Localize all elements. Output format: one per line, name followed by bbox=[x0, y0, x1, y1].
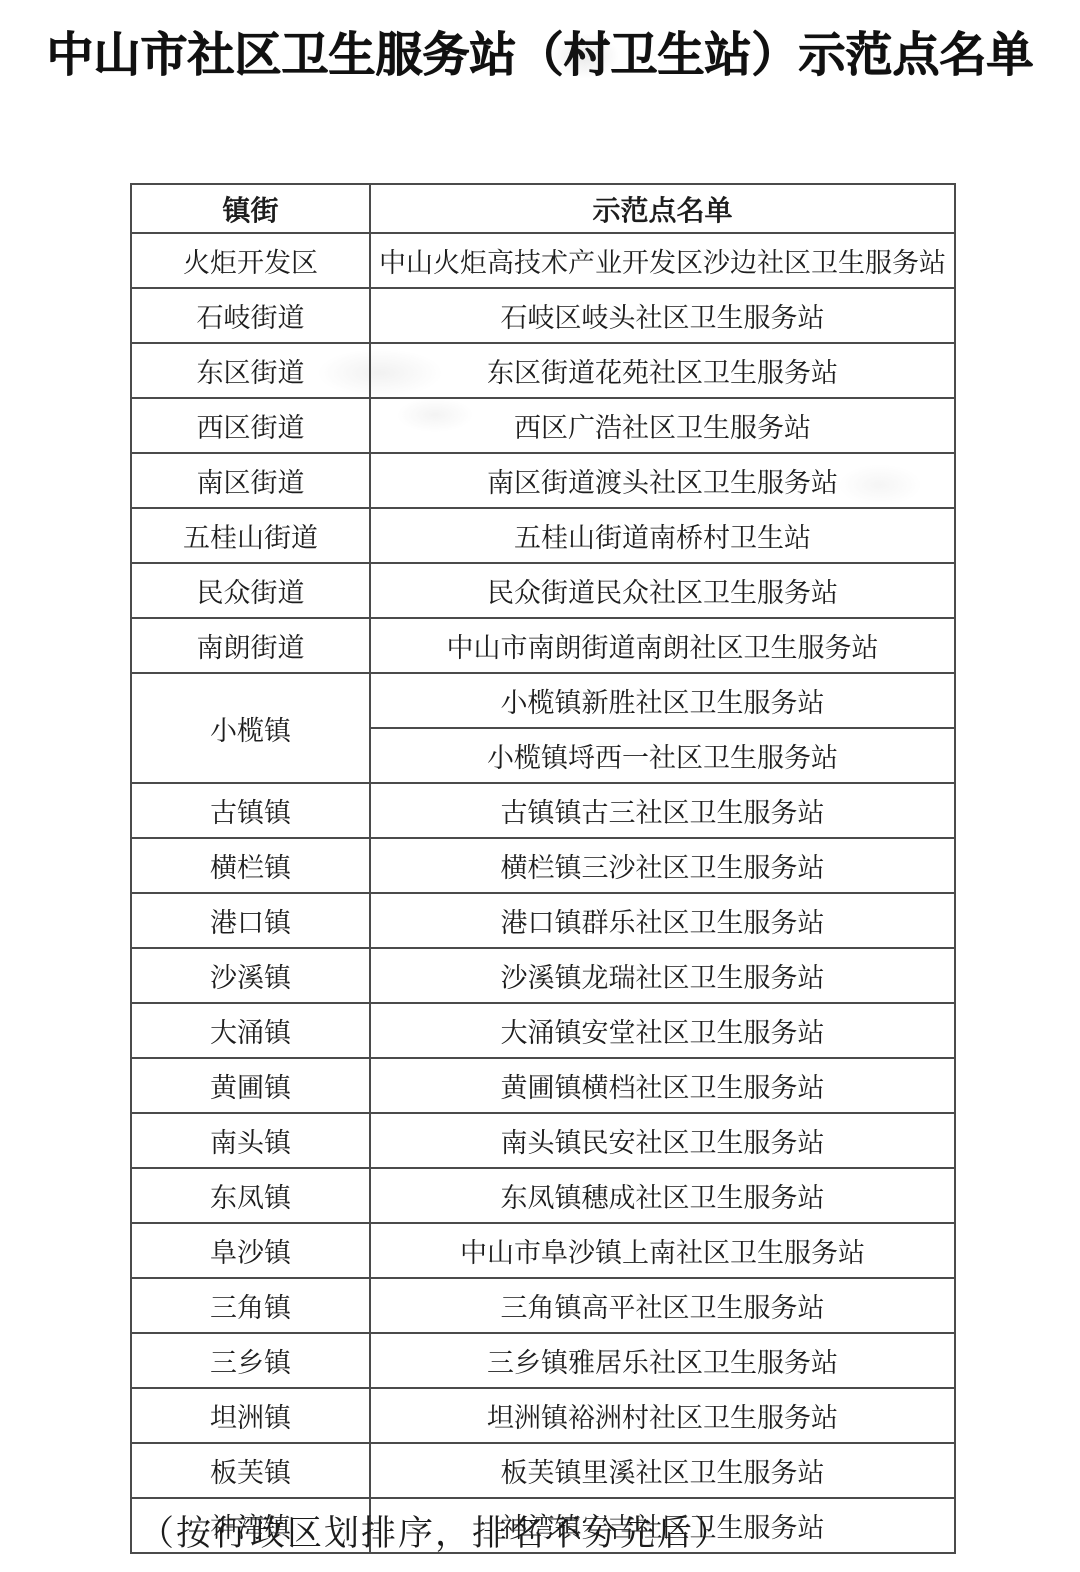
town-cell: 南头镇 bbox=[131, 1113, 370, 1168]
table-row: 阜沙镇中山市阜沙镇上南社区卫生服务站 bbox=[131, 1223, 955, 1278]
table-row: 黄圃镇黄圃镇横档社区卫生服务站 bbox=[131, 1058, 955, 1113]
town-cell: 沙溪镇 bbox=[131, 948, 370, 1003]
station-cell: 中山火炬高技术产业开发区沙边社区卫生服务站 bbox=[370, 233, 955, 288]
table-row: 南头镇南头镇民安社区卫生服务站 bbox=[131, 1113, 955, 1168]
town-cell: 板芙镇 bbox=[131, 1443, 370, 1498]
town-cell: 火炬开发区 bbox=[131, 233, 370, 288]
town-cell: 石岐街道 bbox=[131, 288, 370, 343]
station-cell: 小榄镇埒西一社区卫生服务站 bbox=[370, 728, 955, 783]
station-cell: 中山市阜沙镇上南社区卫生服务站 bbox=[370, 1223, 955, 1278]
table-row: 东区街道东区街道花苑社区卫生服务站 bbox=[131, 343, 955, 398]
station-cell: 沙溪镇龙瑞社区卫生服务站 bbox=[370, 948, 955, 1003]
station-cell: 三角镇高平社区卫生服务站 bbox=[370, 1278, 955, 1333]
station-cell: 南区街道渡头社区卫生服务站 bbox=[370, 453, 955, 508]
station-cell: 民众街道民众社区卫生服务站 bbox=[370, 563, 955, 618]
station-cell: 小榄镇新胜社区卫生服务站 bbox=[370, 673, 955, 728]
table-row: 大涌镇大涌镇安堂社区卫生服务站 bbox=[131, 1003, 955, 1058]
table-row: 板芙镇板芙镇里溪社区卫生服务站 bbox=[131, 1443, 955, 1498]
table-container: 镇街 示范点名单 火炬开发区中山火炬高技术产业开发区沙边社区卫生服务站石岐街道石… bbox=[130, 183, 954, 1554]
table-row: 民众街道民众街道民众社区卫生服务站 bbox=[131, 563, 955, 618]
town-cell: 阜沙镇 bbox=[131, 1223, 370, 1278]
town-cell: 坦洲镇 bbox=[131, 1388, 370, 1443]
station-cell: 中山市南朗街道南朗社区卫生服务站 bbox=[370, 618, 955, 673]
station-cell: 南头镇民安社区卫生服务站 bbox=[370, 1113, 955, 1168]
station-cell: 大涌镇安堂社区卫生服务站 bbox=[370, 1003, 955, 1058]
town-cell: 东区街道 bbox=[131, 343, 370, 398]
header-row: 镇街 示范点名单 bbox=[131, 184, 955, 233]
station-cell: 板芙镇里溪社区卫生服务站 bbox=[370, 1443, 955, 1498]
station-cell: 石岐区岐头社区卫生服务站 bbox=[370, 288, 955, 343]
table-row: 南朗街道中山市南朗街道南朗社区卫生服务站 bbox=[131, 618, 955, 673]
station-cell: 古镇镇古三社区卫生服务站 bbox=[370, 783, 955, 838]
station-cell: 横栏镇三沙社区卫生服务站 bbox=[370, 838, 955, 893]
table-row: 三乡镇三乡镇雅居乐社区卫生服务站 bbox=[131, 1333, 955, 1388]
town-cell: 港口镇 bbox=[131, 893, 370, 948]
table-row: 古镇镇古镇镇古三社区卫生服务站 bbox=[131, 783, 955, 838]
footnote: （按行政区划排序，排名不分先后） bbox=[139, 1506, 731, 1556]
town-cell: 横栏镇 bbox=[131, 838, 370, 893]
town-cell: 南区街道 bbox=[131, 453, 370, 508]
table-row: 火炬开发区中山火炬高技术产业开发区沙边社区卫生服务站 bbox=[131, 233, 955, 288]
table-row: 沙溪镇沙溪镇龙瑞社区卫生服务站 bbox=[131, 948, 955, 1003]
station-cell: 五桂山街道南桥村卫生站 bbox=[370, 508, 955, 563]
demo-points-table: 镇街 示范点名单 火炬开发区中山火炬高技术产业开发区沙边社区卫生服务站石岐街道石… bbox=[130, 183, 956, 1554]
column-header-town: 镇街 bbox=[131, 184, 370, 233]
town-cell: 大涌镇 bbox=[131, 1003, 370, 1058]
table-row: 五桂山街道五桂山街道南桥村卫生站 bbox=[131, 508, 955, 563]
station-cell: 东区街道花苑社区卫生服务站 bbox=[370, 343, 955, 398]
town-cell: 三乡镇 bbox=[131, 1333, 370, 1388]
town-cell: 南朗街道 bbox=[131, 618, 370, 673]
column-header-stations: 示范点名单 bbox=[370, 184, 955, 233]
town-cell: 小榄镇 bbox=[131, 673, 370, 783]
town-cell: 三角镇 bbox=[131, 1278, 370, 1333]
table-row: 西区街道西区广浩社区卫生服务站 bbox=[131, 398, 955, 453]
table-header: 镇街 示范点名单 bbox=[131, 184, 955, 233]
station-cell: 港口镇群乐社区卫生服务站 bbox=[370, 893, 955, 948]
station-cell: 东凤镇穗成社区卫生服务站 bbox=[370, 1168, 955, 1223]
table-row: 石岐街道石岐区岐头社区卫生服务站 bbox=[131, 288, 955, 343]
table-row: 小榄镇小榄镇新胜社区卫生服务站 bbox=[131, 673, 955, 728]
town-cell: 西区街道 bbox=[131, 398, 370, 453]
town-cell: 黄圃镇 bbox=[131, 1058, 370, 1113]
table-row: 东凤镇东凤镇穗成社区卫生服务站 bbox=[131, 1168, 955, 1223]
table-body: 火炬开发区中山火炬高技术产业开发区沙边社区卫生服务站石岐街道石岐区岐头社区卫生服… bbox=[131, 233, 955, 1553]
station-cell: 三乡镇雅居乐社区卫生服务站 bbox=[370, 1333, 955, 1388]
table-row: 横栏镇横栏镇三沙社区卫生服务站 bbox=[131, 838, 955, 893]
table-row: 三角镇三角镇高平社区卫生服务站 bbox=[131, 1278, 955, 1333]
station-cell: 坦洲镇裕洲村社区卫生服务站 bbox=[370, 1388, 955, 1443]
town-cell: 五桂山街道 bbox=[131, 508, 370, 563]
table-row: 坦洲镇坦洲镇裕洲村社区卫生服务站 bbox=[131, 1388, 955, 1443]
table-row: 港口镇港口镇群乐社区卫生服务站 bbox=[131, 893, 955, 948]
town-cell: 东凤镇 bbox=[131, 1168, 370, 1223]
table-row: 南区街道南区街道渡头社区卫生服务站 bbox=[131, 453, 955, 508]
station-cell: 西区广浩社区卫生服务站 bbox=[370, 398, 955, 453]
document-title: 中山市社区卫生服务站（村卫生站）示范点名单 bbox=[0, 18, 1080, 85]
town-cell: 古镇镇 bbox=[131, 783, 370, 838]
scanned-document-page: 中山市社区卫生服务站（村卫生站）示范点名单 镇街 示范点名单 火炬开发区中山火炬… bbox=[0, 0, 1080, 1572]
station-cell: 黄圃镇横档社区卫生服务站 bbox=[370, 1058, 955, 1113]
town-cell: 民众街道 bbox=[131, 563, 370, 618]
